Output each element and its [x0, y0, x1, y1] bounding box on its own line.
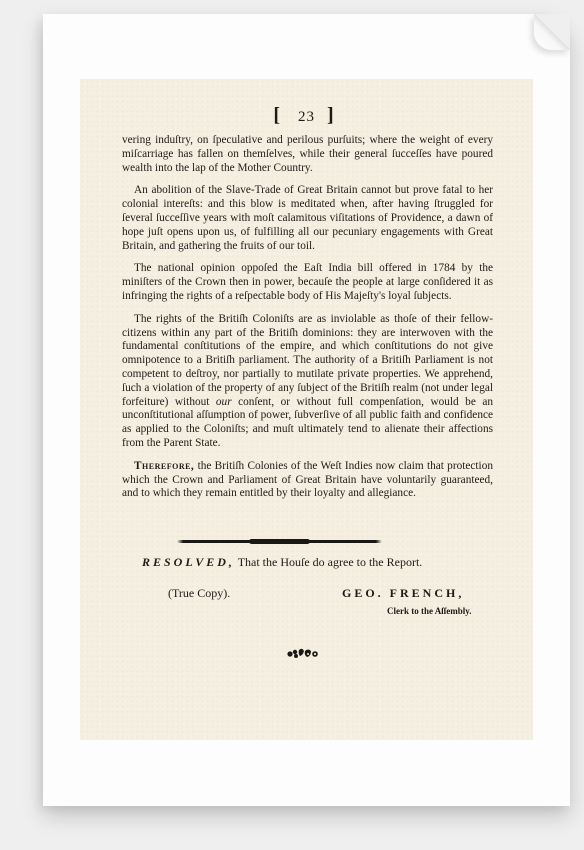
paragraph-2: An abolition of the Slave-Trade of Great…	[122, 184, 493, 253]
resolution-keyword: RESOLVED,	[142, 555, 235, 569]
fleuron-ornament-icon	[286, 646, 320, 660]
page-number: [23]	[80, 104, 533, 127]
section-divider	[177, 540, 382, 543]
paragraph-4-emphasis: our	[216, 396, 232, 408]
paragraph-4: The rights of the Britiſh Coloniſts are …	[122, 313, 493, 451]
bracket-open: [	[273, 104, 286, 126]
bracket-close: ]	[327, 104, 340, 126]
true-copy-label: (True Copy).	[168, 586, 230, 601]
resolution-line: RESOLVED, That the Houſe do agree to the…	[142, 555, 422, 570]
print-mount: [23] vering induſtry, on ſpeculative and…	[43, 14, 570, 806]
paragraph-3: The national opinion oppoſed the Eaſt In…	[122, 262, 493, 303]
paragraph-5-lead: Therefore,	[134, 460, 194, 472]
document-page: [23] vering induſtry, on ſpeculative and…	[80, 79, 533, 740]
body-text: vering induſtry, on ſpeculative and peri…	[122, 134, 493, 510]
resolution-text: That the Houſe do agree to the Report.	[235, 555, 422, 569]
paragraph-1: vering induſtry, on ſpeculative and peri…	[122, 134, 493, 175]
page-curl-corner	[534, 14, 570, 50]
paragraph-4-part-1: The rights of the Britiſh Coloniſts are …	[122, 313, 493, 408]
signer-title: Clerk to the Aſſembly.	[387, 606, 472, 616]
signer-name: GEO. FRENCH,	[342, 586, 464, 601]
paragraph-5: Therefore, the Britiſh Colonies of the W…	[122, 460, 493, 501]
page-number-value: 23	[286, 109, 327, 125]
